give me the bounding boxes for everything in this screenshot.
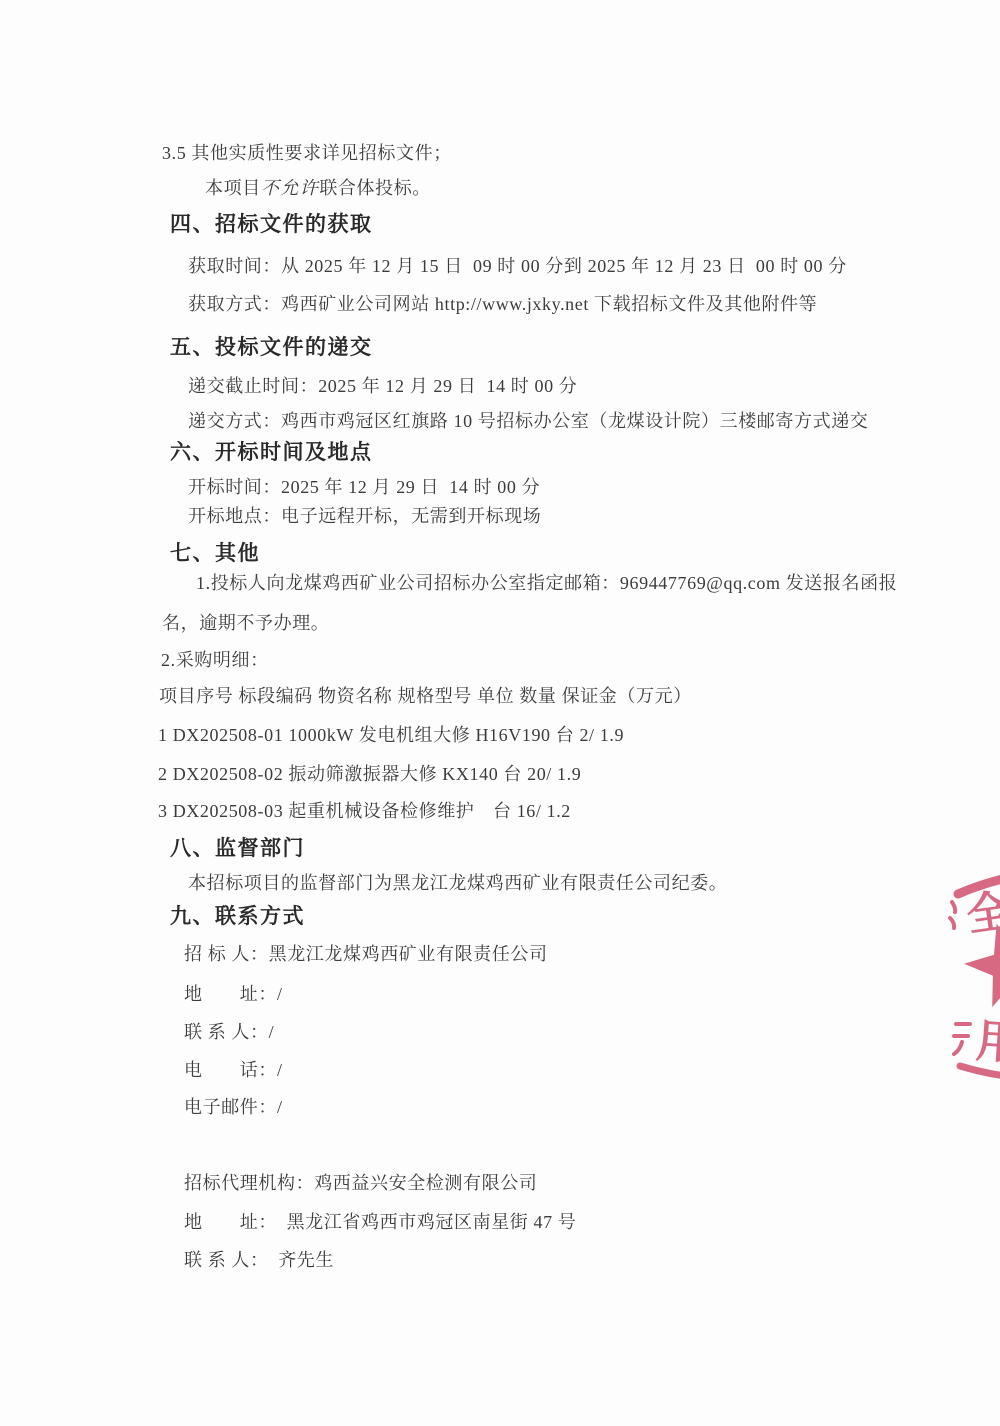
acquisition-method-line: 获取方式：鸡西矿业公司网站 http://www.jxky.net 下载招标文件…	[188, 293, 817, 315]
seal-partial-strokes	[954, 1024, 970, 1054]
supervision-body-line: 本招标项目的监督部门为黑龙江龙煤鸡西矿业有限责任公司纪委。	[188, 872, 727, 894]
submission-method-line: 递交方式：鸡西市鸡冠区红旗路 10 号招标办公室（龙煤设计院）三楼邮寄方式递交	[188, 410, 868, 432]
section-heading-submission: 五、投标文件的递交	[170, 335, 373, 360]
seal-ring-bottom-arc	[960, 1066, 1000, 1080]
submission-deadline-line: 递交截止时间：2025 年 12 月 29 日 14 时 00 分	[188, 375, 577, 397]
consortium-prefix: 本项目	[205, 178, 261, 198]
procurement-table-row: 2 DX202508-02 振动筛激振器大修 KX140 台 20/ 1.9	[158, 763, 581, 785]
scanned-tender-document-page: 3.5 其他实质性要求详见招标文件； 本项目不允许联合体投标。 四、招标文件的获…	[0, 0, 1000, 1426]
section-heading-acquisition: 四、招标文件的获取	[170, 212, 373, 237]
section-heading-supervision: 八、监督部门	[170, 836, 305, 861]
consortium-suffix: 联合体投标。	[319, 178, 431, 198]
red-seal-stamp: 全 用	[928, 858, 1000, 1093]
registration-email-line: 1.投标人向龙煤鸡西矿业公司招标办公室指定邮箱：969447769@qq.com…	[196, 572, 897, 594]
acquisition-time-line: 获取时间：从 2025 年 12 月 15 日 09 时 00 分到 2025 …	[188, 255, 847, 277]
seal-bottom-character: 用	[974, 1016, 1000, 1070]
clause-other-requirements: 3.5 其他实质性要求详见招标文件；	[162, 142, 452, 164]
section-heading-other: 七、其他	[170, 541, 260, 566]
tenderer-contact-person-line: 联 系 人：/	[184, 1021, 274, 1043]
tenderer-phone-line: 电 话：/	[184, 1059, 283, 1081]
procurement-table-header: 项目序号 标段编码 物资名称 规格型号 单位 数量 保证金（万元）	[159, 685, 692, 707]
consortium-emphasis: 不允许	[261, 178, 320, 198]
seal-top-character: 全	[964, 886, 1000, 941]
tenderer-name-line: 招 标 人：黑龙江龙煤鸡西矿业有限责任公司	[184, 943, 548, 965]
procurement-detail-label: 2.采购明细：	[161, 649, 269, 671]
bid-opening-time-line: 开标时间：2025 年 12 月 29 日 14 时 00 分	[188, 476, 540, 498]
consortium-statement: 本项目不允许联合体投标。	[205, 177, 431, 199]
procurement-table-row: 1 DX202508-01 1000kW 发电机组大修 H16V190 台 2/…	[158, 724, 624, 746]
seal-partial-strokes	[950, 902, 955, 928]
tenderer-email-line: 电子邮件：/	[184, 1096, 283, 1118]
registration-email-wrap-line: 名，逾期不予办理。	[162, 612, 329, 634]
section-heading-contact: 九、联系方式	[170, 904, 305, 929]
agency-contact-person-line: 联 系 人： 齐先生	[184, 1249, 334, 1271]
agency-address-line: 地 址： 黑龙江省鸡西市鸡冠区南星街 47 号	[184, 1211, 576, 1233]
procurement-table-row: 3 DX202508-03 起重机械设备检修维护 台 16/ 1.2	[158, 800, 571, 822]
tenderer-address-line: 地 址：/	[184, 983, 283, 1005]
agency-name-line: 招标代理机构：鸡西益兴安全检测有限公司	[184, 1172, 537, 1194]
section-heading-bid-opening: 六、开标时间及地点	[170, 440, 373, 465]
bid-opening-place-line: 开标地点：电子远程开标，无需到开标现场	[188, 505, 541, 527]
